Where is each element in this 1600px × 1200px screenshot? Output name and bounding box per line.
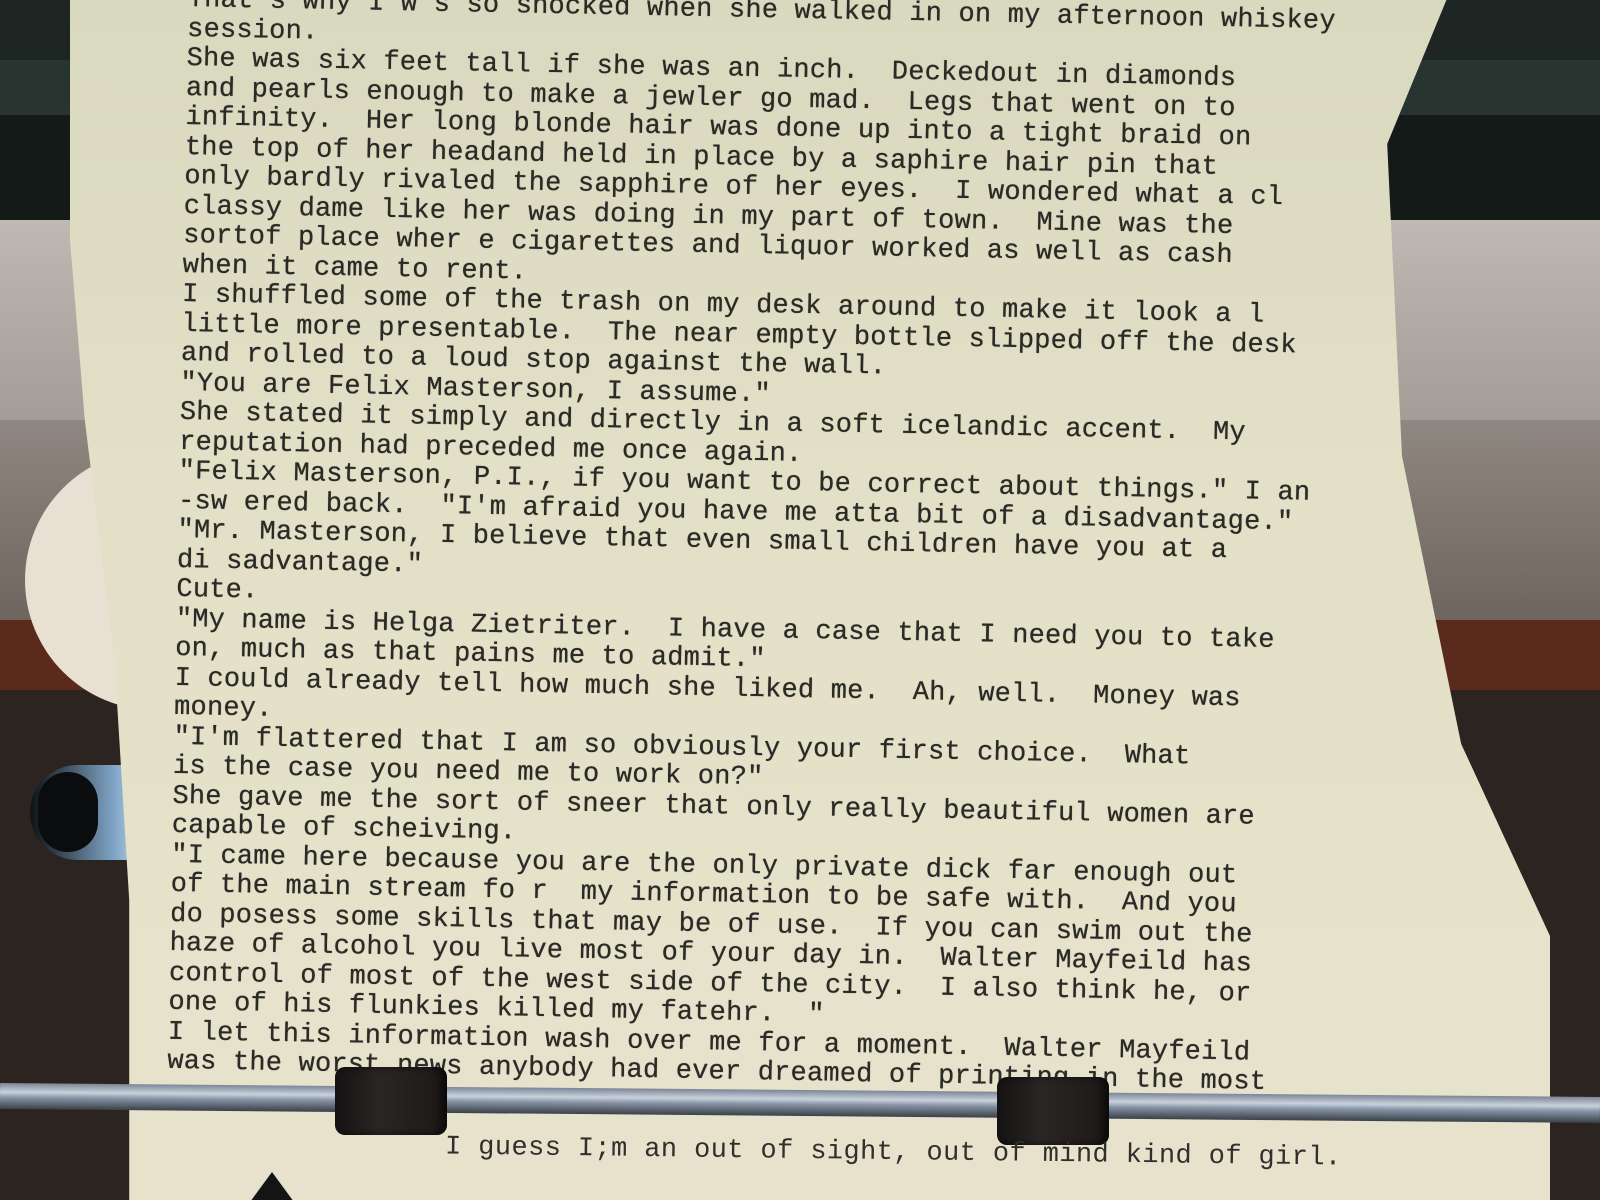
bail-roller-right (997, 1077, 1109, 1145)
lever-knob (38, 772, 98, 852)
typed-text-block: That's why I w s so shocked when she wal… (167, 0, 1428, 1101)
typing-guide-pointer (250, 1172, 294, 1200)
bail-roller-left (335, 1067, 447, 1135)
